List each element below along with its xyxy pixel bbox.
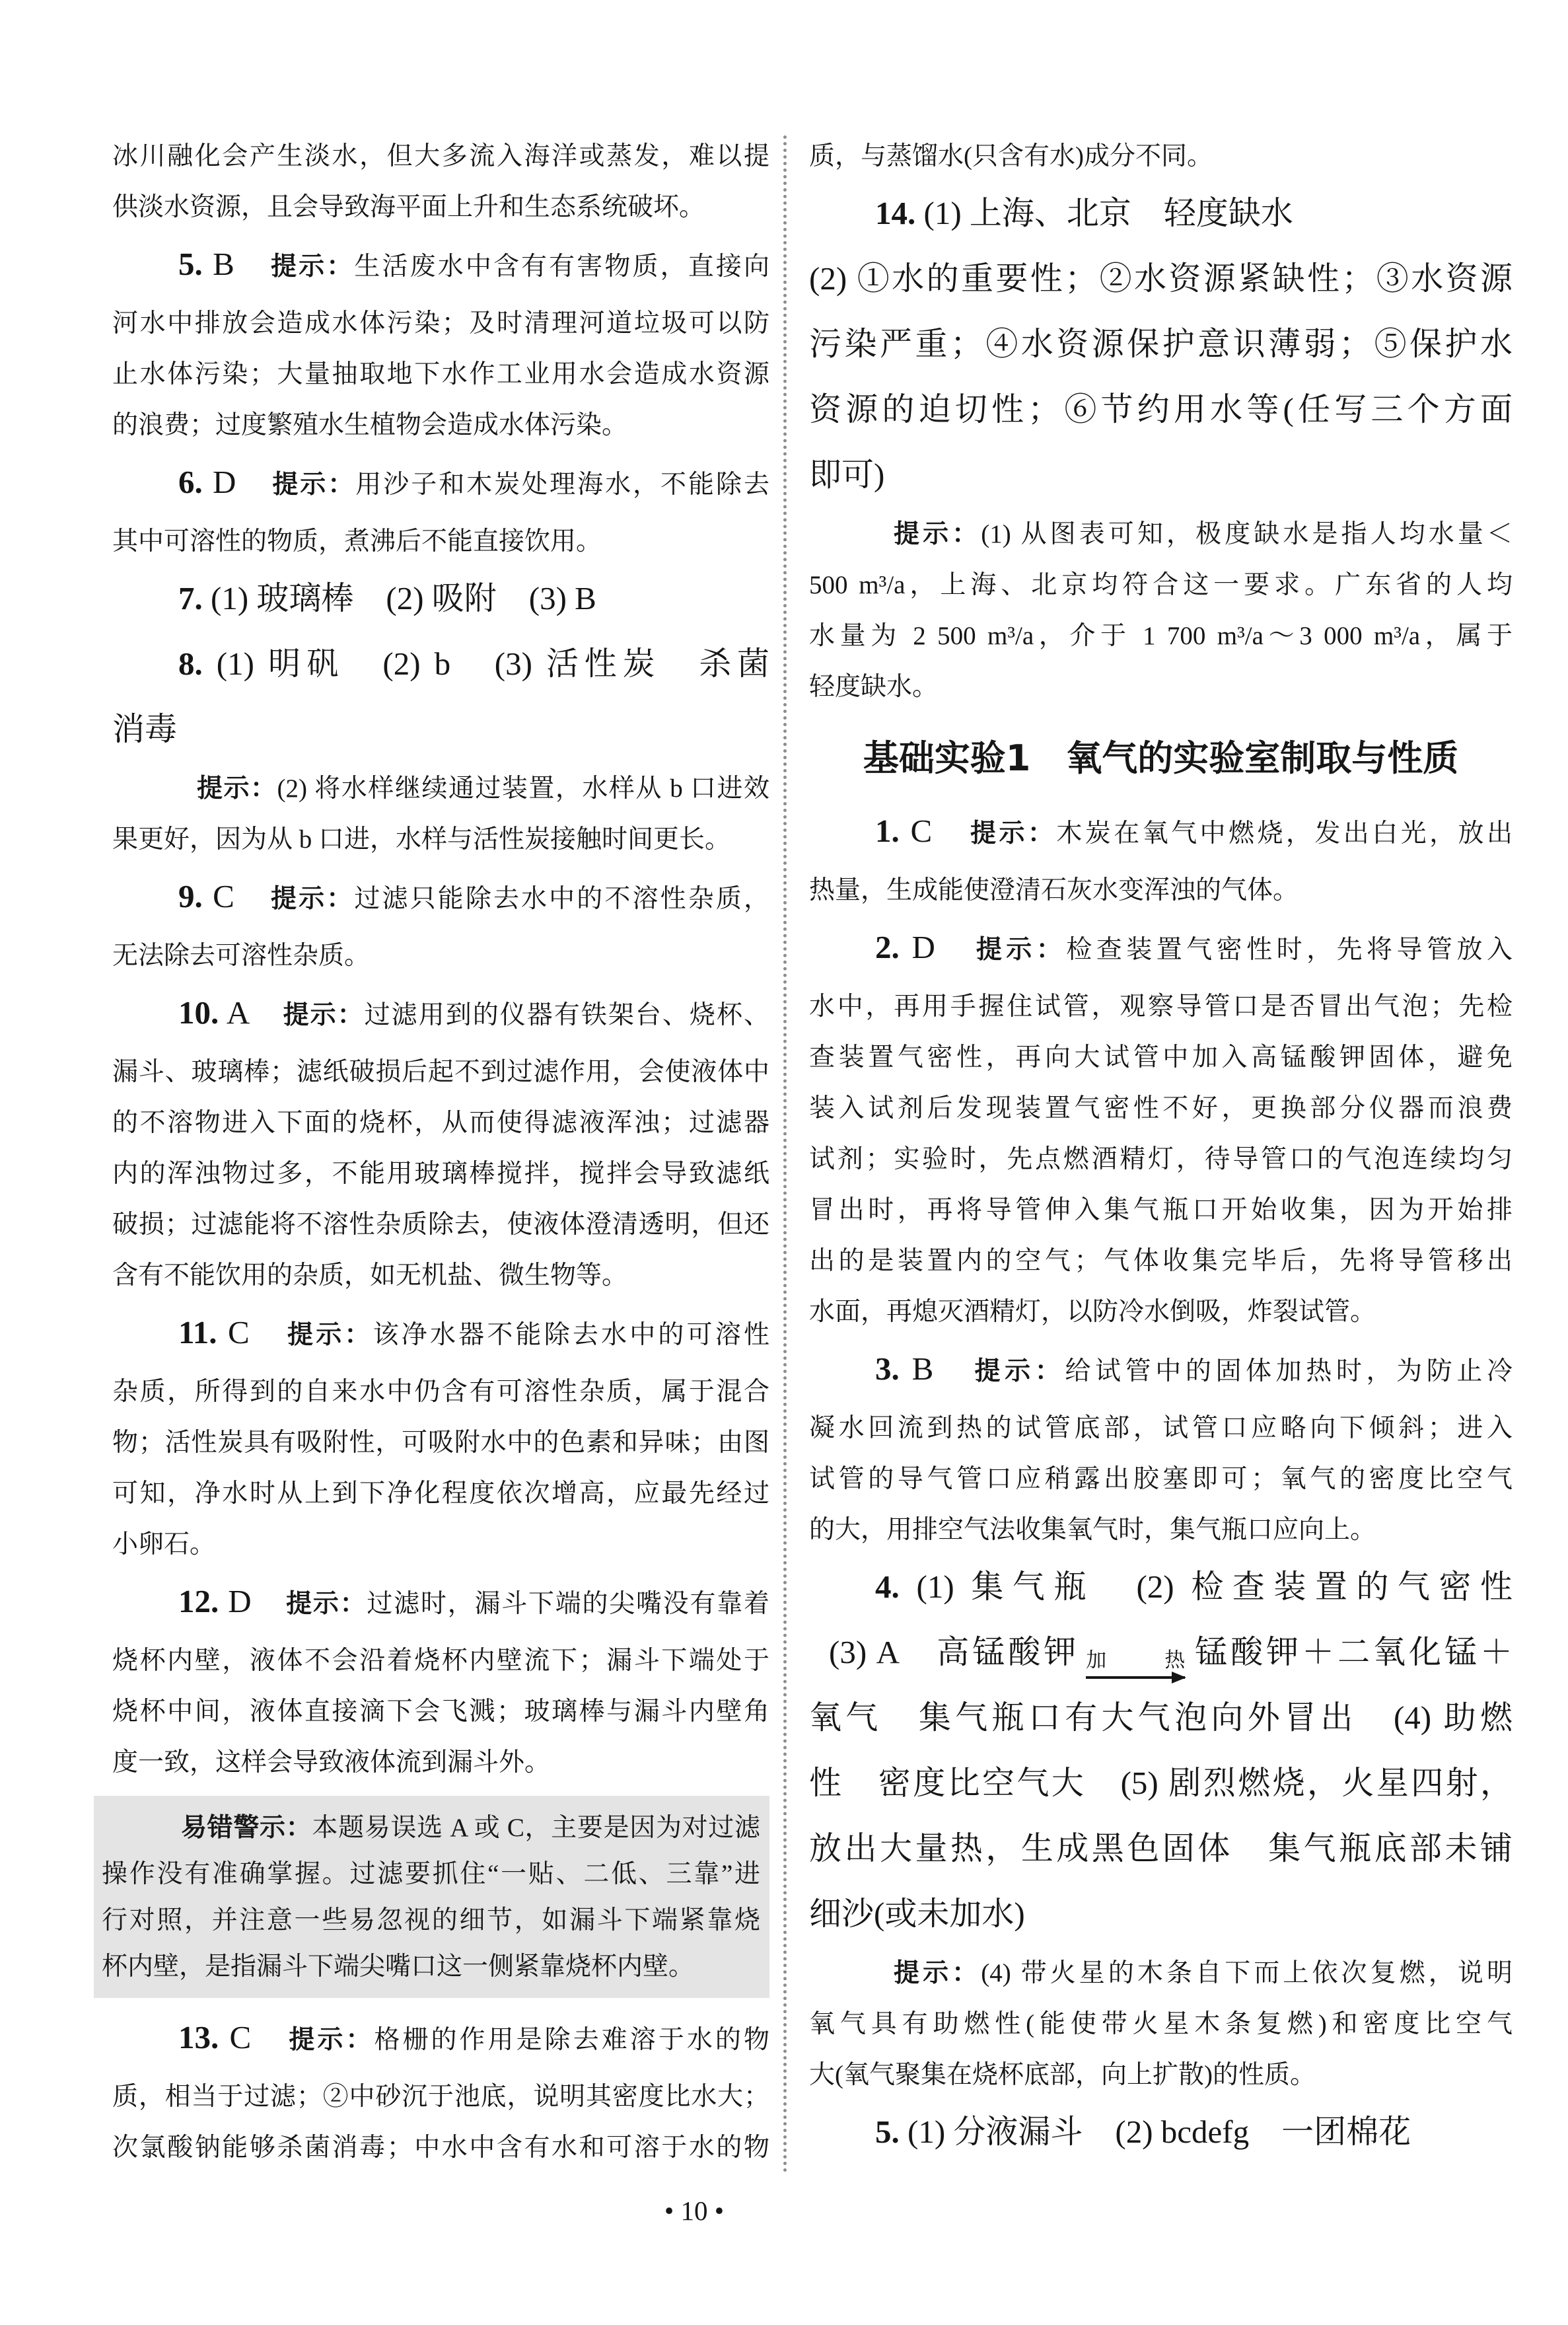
text-line: 小卵石。 bbox=[112, 1519, 769, 1570]
answer-text: B bbox=[203, 246, 271, 282]
text-line: 操作没有准确掌握。过滤要抓住“一贴、二低、三靠”进 bbox=[102, 1851, 760, 1898]
body-text: (4) 带火星的木条自下而上依次复燃，说明 bbox=[981, 1959, 1513, 1987]
hint-label: 提示： bbox=[283, 1000, 365, 1030]
text-line: 试剂；实验时，先点燃酒精灯，待导管口的气泡连续均匀 bbox=[809, 1134, 1513, 1185]
text-line: 提示：(4) 带火星的木条自下而上依次复燃，说明 bbox=[809, 1948, 1513, 1999]
body-text: 操作没有准确掌握。过滤要抓住“一贴、二低、三靠”进 bbox=[102, 1860, 760, 1888]
answer-text: D bbox=[219, 1583, 286, 1619]
chemical-equation-line: (3) A 高锰酸钾加热锰酸钾＋二氧化锰＋ bbox=[809, 1621, 1513, 1686]
item-number: 13. bbox=[178, 2019, 219, 2055]
text-line: 2. D 提示：检查装置气密性时，先将导管放入 bbox=[809, 916, 1513, 981]
text-line: 水量为 2 500 m³/a，介于 1 700 m³/a～3 000 m³/a，… bbox=[809, 610, 1513, 661]
text-line: 的不溶物进入下面的烧杯，从而使得滤液浑浊；过滤器 bbox=[112, 1097, 769, 1148]
item-number: 8. bbox=[178, 646, 203, 682]
text-line: 止水体污染；大量抽取地下水作工业用水会造成水资源 bbox=[112, 349, 769, 400]
body-text: 水面，再熄灭酒精灯，以防冷水倒吸，炸裂试管。 bbox=[809, 1298, 1376, 1326]
answer-text: (1) 集气瓶 (2) 检查装置的气密性 bbox=[900, 1568, 1513, 1605]
text-line: 试管的导气管口应稍露出胶塞即可；氧气的密度比空气 bbox=[809, 1454, 1513, 1504]
body-text: 查装置气密性，再向大试管中加入高锰酸钾固体，避免 bbox=[809, 1043, 1513, 1072]
body-text: 冒出时，再将导管伸入集气瓶口开始收集，因为开始排 bbox=[809, 1196, 1513, 1224]
body-text: 次氯酸钠能够杀菌消毒；中水中含有水和可溶于水的物 bbox=[112, 2133, 769, 2162]
body-text: 轻度缺水。 bbox=[809, 673, 938, 701]
answer-text: C bbox=[219, 2019, 289, 2055]
warning-box: 易错警示：本题易误选 A 或 C，主要是因为对过滤操作没有准确掌握。过滤要抓住“… bbox=[94, 1796, 769, 1998]
body-text: 装入试剂后发现装置气密性不好，更换部分仪器而浪费 bbox=[809, 1094, 1513, 1123]
text-line: 热量，生成能使澄清石灰水变浑浊的气体。 bbox=[809, 865, 1513, 916]
hint-label: 提示： bbox=[197, 774, 277, 803]
body-text: 供淡水资源，且会导致海平面上升和生态系统破坏。 bbox=[112, 193, 705, 221]
item-number: 10. bbox=[178, 994, 219, 1031]
hint-label: 易错警示： bbox=[181, 1813, 312, 1843]
body-text: 物；活性炭具有吸附性，可吸附水中的色素和异味；由图 bbox=[112, 1428, 769, 1457]
text-line: 大(氧气聚集在烧杯底部，向上扩散)的性质。 bbox=[809, 2049, 1513, 2100]
body-text: 检查装置气密性时，先将导管放入 bbox=[1066, 936, 1513, 964]
text-line: 冒出时，再将导管伸入集气瓶口开始收集，因为开始排 bbox=[809, 1185, 1513, 1236]
body-text: 破损；过滤能将不溶性杂质除去，使液体澄清透明，但还 bbox=[112, 1210, 769, 1239]
body-text: 过滤时，漏斗下端的尖嘴没有靠着 bbox=[367, 1590, 769, 1618]
answer-page: 冰川融化会产生淡水，但大多流入海洋或蒸发，难以提供淡水资源，且会导致海平面上升和… bbox=[0, 0, 1568, 2325]
text-line: 烧杯内壁，液体不会沿着烧杯内壁流下；漏斗下端处于 bbox=[112, 1635, 769, 1686]
text-line: 资源的迫切性；⑥节约用水等(任写三个方面 bbox=[809, 378, 1513, 443]
answer-text: A bbox=[219, 994, 283, 1031]
body-text: 出的是装置内的空气；气体收集完毕后，先将导管移出 bbox=[809, 1247, 1513, 1275]
body-text: 水量为 2 500 m³/a，介于 1 700 m³/a～3 000 m³/a，… bbox=[809, 622, 1513, 650]
text-line: (2) ①水的重要性；②水资源紧缺性；③水资源 bbox=[809, 247, 1513, 313]
body-text: 的大，用排空气法收集氧气时，集气瓶口应向上。 bbox=[809, 1516, 1376, 1544]
body-text: 水中，再用手握住试管，观察导管口是否冒出气泡；先检 bbox=[809, 992, 1513, 1021]
text-line: 易错警示：本题易误选 A 或 C，主要是因为对过滤 bbox=[102, 1805, 760, 1851]
answer-text: 即可) bbox=[809, 457, 884, 493]
answer-text: C bbox=[203, 878, 271, 914]
body-text: 用沙子和木炭处理海水，不能除去 bbox=[355, 470, 769, 499]
text-line: 8. (1) 明矾 (2) b (3) 活性炭 杀菌 bbox=[112, 632, 769, 698]
hint-label: 提示： bbox=[976, 935, 1066, 965]
item-number: 2. bbox=[875, 929, 900, 965]
body-text: 氧气具有助燃性(能使带火星木条复燃)和密度比空气 bbox=[809, 2010, 1513, 2038]
text-line: 氧气 集气瓶口有大气泡向外冒出 (4) 助燃 bbox=[809, 1686, 1513, 1752]
text-line: 3. B 提示：给试管中的固体加热时，为防止冷 bbox=[809, 1337, 1513, 1403]
body-text: 格栅的作用是除去难溶于水的物 bbox=[374, 2026, 769, 2054]
text-line: 物；活性炭具有吸附性，可吸附水中的色素和异味；由图 bbox=[112, 1417, 769, 1468]
text-line: 放出大量热，生成黑色固体 集气瓶底部未铺 bbox=[809, 1817, 1513, 1882]
text-line: 7. (1) 玻璃棒 (2) 吸附 (3) B bbox=[112, 567, 769, 632]
body-text: 试管的导气管口应稍露出胶塞即可；氧气的密度比空气 bbox=[809, 1465, 1513, 1493]
text-line: 河水中排放会造成水体污染；及时清理河道垃圾可以防 bbox=[112, 298, 769, 349]
text-line: 出的是装置内的空气；气体收集完毕后，先将导管移出 bbox=[809, 1236, 1513, 1286]
text-line: 杂质，所得到的自来水中仍含有可溶性杂质，属于混合 bbox=[112, 1366, 769, 1417]
text-line: 12. D 提示：过滤时，漏斗下端的尖嘴没有靠着 bbox=[112, 1570, 769, 1635]
text-line: 供淡水资源，且会导致海平面上升和生态系统破坏。 bbox=[112, 182, 769, 233]
text-line: 的大，用排空气法收集氧气时，集气瓶口应向上。 bbox=[809, 1504, 1513, 1555]
text-line: 含有不能饮用的杂质，如无机盐、微生物等。 bbox=[112, 1250, 769, 1301]
answer-text: (3) A 高锰酸钾 bbox=[829, 1634, 1079, 1670]
body-text: 试剂；实验时，先点燃酒精灯，待导管口的气泡连续均匀 bbox=[809, 1145, 1513, 1173]
left-column: 冰川融化会产生淡水，但大多流入海洋或蒸发，难以提供淡水资源，且会导致海平面上升和… bbox=[112, 131, 769, 2173]
body-text: 可知，净水时从上到下净化程度依次增高，应最先经过 bbox=[112, 1479, 769, 1508]
body-text: 小卵石。 bbox=[112, 1530, 215, 1559]
body-text: 止水体污染；大量抽取地下水作工业用水会造成水资源 bbox=[112, 360, 769, 388]
item-number: 4. bbox=[875, 1568, 900, 1605]
body-text: 烧杯中间，液体直接滴下会飞溅；玻璃棒与漏斗内壁角 bbox=[112, 1697, 769, 1726]
body-text: 热量，生成能使澄清石灰水变浑浊的气体。 bbox=[809, 876, 1299, 904]
text-line: 行对照，并注意一些易忽视的细节，如漏斗下端紧靠烧 bbox=[102, 1898, 760, 1944]
answer-text: 消毒 bbox=[112, 711, 177, 747]
answer-text: D bbox=[900, 929, 976, 965]
page-number: • 10 • bbox=[664, 2195, 724, 2227]
body-text: 过滤用到的仪器有铁架台、烧杯、 bbox=[365, 1001, 769, 1029]
text-line: 14. (1) 上海、北京 轻度缺水 bbox=[809, 182, 1513, 247]
hint-label: 提示： bbox=[272, 470, 355, 499]
text-line: 质，相当于过滤；②中砂沉于池底，说明其密度比水大； bbox=[112, 2071, 769, 2122]
body-text: 杂质，所得到的自来水中仍含有可溶性杂质，属于混合 bbox=[112, 1378, 769, 1406]
text-line: 提示：(1) 从图表可知，极度缺水是指人均水量＜ bbox=[809, 509, 1513, 560]
body-text: 该净水器不能除去水中的可溶性 bbox=[373, 1321, 769, 1349]
body-text: 其中可溶性的物质，煮沸后不能直接饮用。 bbox=[112, 527, 602, 556]
item-number: 1. bbox=[875, 813, 900, 849]
text-line: 水面，再熄灭酒精灯，以防冷水倒吸，炸裂试管。 bbox=[809, 1286, 1513, 1337]
text-line: 质，与蒸馏水(只含有水)成分不同。 bbox=[809, 131, 1513, 182]
answer-text: B bbox=[900, 1350, 975, 1387]
text-line: 污染严重；④水资源保护意识薄弱；⑤保护水 bbox=[809, 313, 1513, 378]
text-line: 次氯酸钠能够杀菌消毒；中水中含有水和可溶于水的物 bbox=[112, 2122, 769, 2173]
text-line: 即可) bbox=[809, 443, 1513, 509]
answer-text: 污染严重；④水资源保护意识薄弱；⑤保护水 bbox=[809, 326, 1513, 362]
answer-text: (1) 分液漏斗 (2) bcdefg 一团棉花 bbox=[900, 2114, 1411, 2150]
item-number: 12. bbox=[178, 1583, 219, 1619]
body-text: 的不溶物进入下面的烧杯，从而使得滤液浑浊；过滤器 bbox=[112, 1109, 769, 1137]
text-line: 10. A 提示：过滤用到的仪器有铁架台、烧杯、 bbox=[112, 981, 769, 1047]
answer-text: 性 密度比空气大 (5) 剧烈燃烧，火星四射， bbox=[809, 1765, 1513, 1801]
item-number: 5. bbox=[178, 246, 203, 282]
answer-text: 资源的迫切性；⑥节约用水等(任写三个方面 bbox=[809, 391, 1513, 427]
answer-text: C bbox=[217, 1314, 287, 1350]
answer-text: (1) 玻璃棒 (2) 吸附 (3) B bbox=[203, 580, 596, 616]
body-text: 大(氧气聚集在烧杯底部，向上扩散)的性质。 bbox=[809, 2061, 1316, 2089]
arrow-shaft-icon bbox=[1086, 1676, 1185, 1679]
answer-text: 细沙(或未加水) bbox=[809, 1896, 1025, 1932]
body-text: 漏斗、玻璃棒；滤纸破损后起不到过滤作用，会使液体中 bbox=[112, 1058, 769, 1086]
hint-label: 提示： bbox=[271, 884, 354, 914]
text-line: 细沙(或未加水) bbox=[809, 1882, 1513, 1948]
section-heading: 基础实验1 氧气的实验室制取与性质 bbox=[809, 731, 1513, 786]
body-text: 质，相当于过滤；②中砂沉于池底，说明其密度比水大； bbox=[112, 2083, 769, 2111]
right-column: 质，与蒸馏水(只含有水)成分不同。14. (1) 上海、北京 轻度缺水(2) ①… bbox=[809, 131, 1513, 2166]
item-number: 11. bbox=[178, 1314, 217, 1350]
text-line: 漏斗、玻璃棒；滤纸破损后起不到过滤作用，会使液体中 bbox=[112, 1047, 769, 1097]
body-text: 质，与蒸馏水(只含有水)成分不同。 bbox=[809, 142, 1213, 170]
hint-label: 提示： bbox=[894, 519, 981, 549]
text-line: 水中，再用手握住试管，观察导管口是否冒出气泡；先检 bbox=[809, 981, 1513, 1032]
body-text: 河水中排放会造成水体污染；及时清理河道垃圾可以防 bbox=[112, 309, 769, 338]
body-text: 过滤只能除去水中的不溶性杂质， bbox=[354, 885, 769, 913]
body-text: 度一致，这样会导致液体流到漏斗外。 bbox=[112, 1748, 550, 1777]
answer-text: 锰酸钾＋二氧化锰＋ bbox=[1192, 1634, 1513, 1670]
body-text: 含有不能饮用的杂质，如无机盐、微生物等。 bbox=[112, 1261, 627, 1290]
hint-label: 提示： bbox=[286, 1589, 367, 1619]
answer-text: C bbox=[900, 813, 970, 849]
hint-label: 提示： bbox=[975, 1356, 1065, 1386]
text-line: 500 m³/a，上海、北京均符合这一要求。广东省的人均 bbox=[809, 560, 1513, 610]
text-line: 果更好，因为从 b 口进，水样与活性炭接触时间更长。 bbox=[112, 814, 769, 865]
body-text: 本题易误选 A 或 C，主要是因为对过滤 bbox=[312, 1814, 760, 1842]
body-text: 无法除去可溶性杂质。 bbox=[112, 941, 370, 970]
text-line: 氧气具有助燃性(能使带火星木条复燃)和密度比空气 bbox=[809, 1999, 1513, 2049]
text-line: 内的浑浊物过多，不能用玻璃棒搅拌，搅拌会导致滤纸 bbox=[112, 1148, 769, 1199]
body-text: 的浪费；过度繁殖水生植物会造成水体污染。 bbox=[112, 411, 627, 439]
item-number: 6. bbox=[178, 464, 203, 500]
body-text: (1) 从图表可知，极度缺水是指人均水量＜ bbox=[981, 520, 1513, 548]
text-line: 无法除去可溶性杂质。 bbox=[112, 930, 769, 981]
text-line: 9. C 提示：过滤只能除去水中的不溶性杂质， bbox=[112, 865, 769, 930]
hint-label: 提示： bbox=[287, 1320, 373, 1350]
answer-text: (1) 明矾 (2) b (3) 活性炭 杀菌 bbox=[203, 646, 769, 682]
body-text: 冰川融化会产生淡水，但大多流入海洋或蒸发，难以提 bbox=[112, 142, 769, 170]
text-line: 查装置气密性，再向大试管中加入高锰酸钾固体，避免 bbox=[809, 1032, 1513, 1083]
body-text: 内的浑浊物过多，不能用玻璃棒搅拌，搅拌会导致滤纸 bbox=[112, 1160, 769, 1188]
item-number: 3. bbox=[875, 1350, 900, 1387]
body-text: 烧杯内壁，液体不会沿着烧杯内壁流下；漏斗下端处于 bbox=[112, 1646, 769, 1675]
text-line: 轻度缺水。 bbox=[809, 661, 1513, 712]
text-line: 可知，净水时从上到下净化程度依次增高，应最先经过 bbox=[112, 1468, 769, 1519]
text-line: 破损；过滤能将不溶性杂质除去，使液体澄清透明，但还 bbox=[112, 1199, 769, 1250]
item-number: 5. bbox=[875, 2114, 900, 2150]
body-text: 木炭在氧气中燃烧，发出白光，放出 bbox=[1056, 819, 1513, 848]
answer-text: (2) ①水的重要性；②水资源紧缺性；③水资源 bbox=[809, 260, 1513, 297]
text-line: 杯内壁，是指漏斗下端尖嘴口这一侧紧靠烧杯内壁。 bbox=[102, 1944, 760, 1990]
text-line: 消毒 bbox=[112, 698, 769, 763]
body-text: 生活废水中含有有害物质，直接向 bbox=[354, 252, 769, 281]
hint-label: 提示： bbox=[970, 819, 1056, 848]
reaction-arrow: 加热 bbox=[1086, 1650, 1185, 1679]
text-line: 度一致，这样会导致液体流到漏斗外。 bbox=[112, 1737, 769, 1788]
hint-label: 提示： bbox=[289, 2025, 374, 2055]
hint-label: 提示： bbox=[271, 252, 354, 281]
answer-text: 放出大量热，生成黑色固体 集气瓶底部未铺 bbox=[809, 1830, 1513, 1866]
text-line: 5. (1) 分液漏斗 (2) bcdefg 一团棉花 bbox=[809, 2100, 1513, 2166]
reaction-condition-label: 加热 bbox=[1086, 1650, 1185, 1672]
text-line: 13. C 提示：格栅的作用是除去难溶于水的物 bbox=[112, 2006, 769, 2071]
text-line: 5. B 提示：生活废水中含有有害物质，直接向 bbox=[112, 233, 769, 298]
text-line: 6. D 提示：用沙子和木炭处理海水，不能除去 bbox=[112, 451, 769, 516]
text-line: 装入试剂后发现装置气密性不好，更换部分仪器而浪费 bbox=[809, 1083, 1513, 1134]
body-text: 500 m³/a，上海、北京均符合这一要求。广东省的人均 bbox=[809, 571, 1513, 599]
column-divider bbox=[783, 135, 787, 2174]
answer-text: 氧气 集气瓶口有大气泡向外冒出 (4) 助燃 bbox=[809, 1699, 1513, 1736]
text-line: 4. (1) 集气瓶 (2) 检查装置的气密性 bbox=[809, 1555, 1513, 1621]
text-line: 冰川融化会产生淡水，但大多流入海洋或蒸发，难以提 bbox=[112, 131, 769, 182]
item-number: 9. bbox=[178, 878, 203, 914]
item-number: 14. bbox=[875, 195, 915, 231]
text-line: 提示：(2) 将水样继续通过装置，水样从 b 口进效 bbox=[112, 763, 769, 814]
body-text: 杯内壁，是指漏斗下端尖嘴口这一侧紧靠烧杯内壁。 bbox=[102, 1952, 694, 1981]
text-line: 性 密度比空气大 (5) 剧烈燃烧，火星四射， bbox=[809, 1752, 1513, 1817]
body-text: (2) 将水样继续通过装置，水样从 b 口进效 bbox=[277, 774, 769, 803]
body-text: 行对照，并注意一些易忽视的细节，如漏斗下端紧靠烧 bbox=[102, 1906, 760, 1935]
body-text: 果更好，因为从 b 口进，水样与活性炭接触时间更长。 bbox=[112, 825, 731, 854]
body-text: 给试管中的固体加热时，为防止冷 bbox=[1065, 1357, 1513, 1385]
item-number: 7. bbox=[178, 580, 203, 616]
text-line: 凝水回流到热的试管底部，试管口应略向下倾斜；进入 bbox=[809, 1403, 1513, 1454]
text-line: 烧杯中间，液体直接滴下会飞溅；玻璃棒与漏斗内壁角 bbox=[112, 1686, 769, 1737]
text-line: 1. C 提示：木炭在氧气中燃烧，发出白光，放出 bbox=[809, 799, 1513, 865]
text-line: 11. C 提示：该净水器不能除去水中的可溶性 bbox=[112, 1301, 769, 1366]
answer-text: D bbox=[203, 464, 273, 500]
body-text: 凝水回流到热的试管底部，试管口应略向下倾斜；进入 bbox=[809, 1414, 1513, 1442]
text-line: 其中可溶性的物质，煮沸后不能直接饮用。 bbox=[112, 516, 769, 567]
hint-label: 提示： bbox=[894, 1958, 981, 1988]
answer-text: (1) 上海、北京 轻度缺水 bbox=[915, 195, 1293, 231]
text-line: 的浪费；过度繁殖水生植物会造成水体污染。 bbox=[112, 400, 769, 451]
